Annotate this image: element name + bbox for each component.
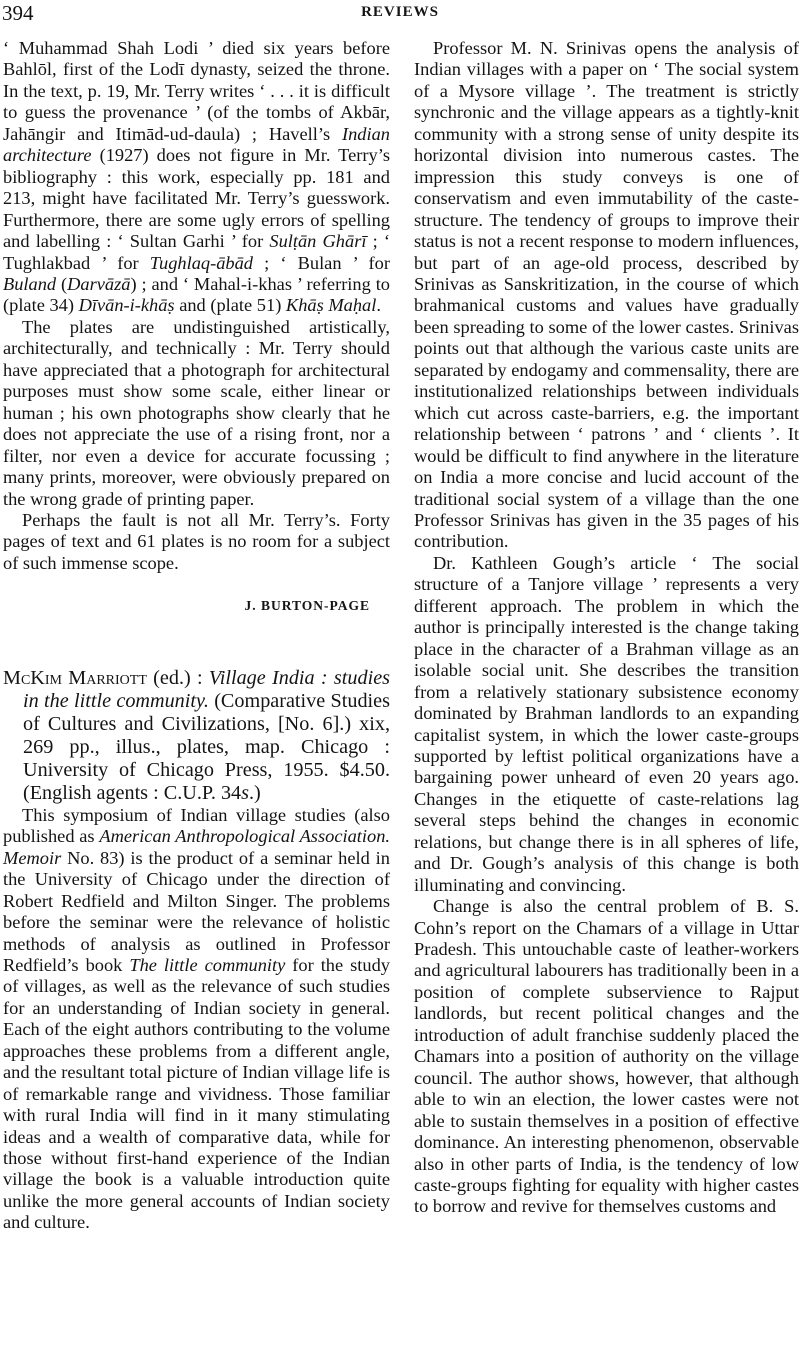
text: ; ‘ Bulan ’ for (253, 253, 390, 273)
text: and (plate 51) (175, 295, 286, 315)
italic-term: Sulṭān Ghārī (269, 231, 366, 251)
book-author: McKim Marriott (3, 667, 147, 689)
italic-term: Dīvān-i-khāṣ (79, 295, 175, 315)
paragraph-cohn: Change is also the central problem of B.… (414, 896, 799, 1218)
italic-term: Tughlaq-ābād (150, 253, 253, 273)
paragraph-terry-review-continued: ‘ Muhammad Shah Lodi ’ died six years be… (3, 38, 390, 317)
italic-term: Darvāzā (67, 274, 130, 294)
paragraph-conclusion: Perhaps the fault is not all Mr. Terry’s… (3, 510, 390, 574)
running-head: REVIEWS (0, 4, 800, 21)
reviewer-signature: J. BURTON-PAGE (3, 595, 390, 616)
left-column: ‘ Muhammad Shah Lodi ’ died six years be… (3, 38, 390, 1234)
text: . (376, 295, 381, 315)
paragraph-symposium: This symposium of Indian village studies… (3, 805, 390, 1234)
italic-title: The little community (129, 955, 285, 975)
text: ‘ Muhammad Shah Lodi ’ died six years be… (3, 38, 390, 144)
text: s (241, 782, 249, 804)
right-column: Professor M. N. Srinivas opens the analy… (414, 38, 799, 1218)
text: .) (249, 782, 261, 804)
text: ( (56, 274, 67, 294)
book-citation: McKim Marriott (ed.) : Village India : s… (3, 667, 390, 805)
page-header: 394 REVIEWS (0, 0, 800, 30)
paragraph-plates: The plates are undistinguished artistica… (3, 317, 390, 510)
italic-term: Khāṣ Maḥal (286, 295, 376, 315)
italic-term: Buland (3, 274, 56, 294)
text: for the study of villages, as well as th… (3, 955, 390, 1232)
paragraph-srinivas: Professor M. N. Srinivas opens the analy… (414, 38, 799, 553)
paragraph-gough: Dr. Kathleen Gough’s article ‘ The socia… (414, 553, 799, 896)
text: (ed.) : (147, 667, 209, 689)
